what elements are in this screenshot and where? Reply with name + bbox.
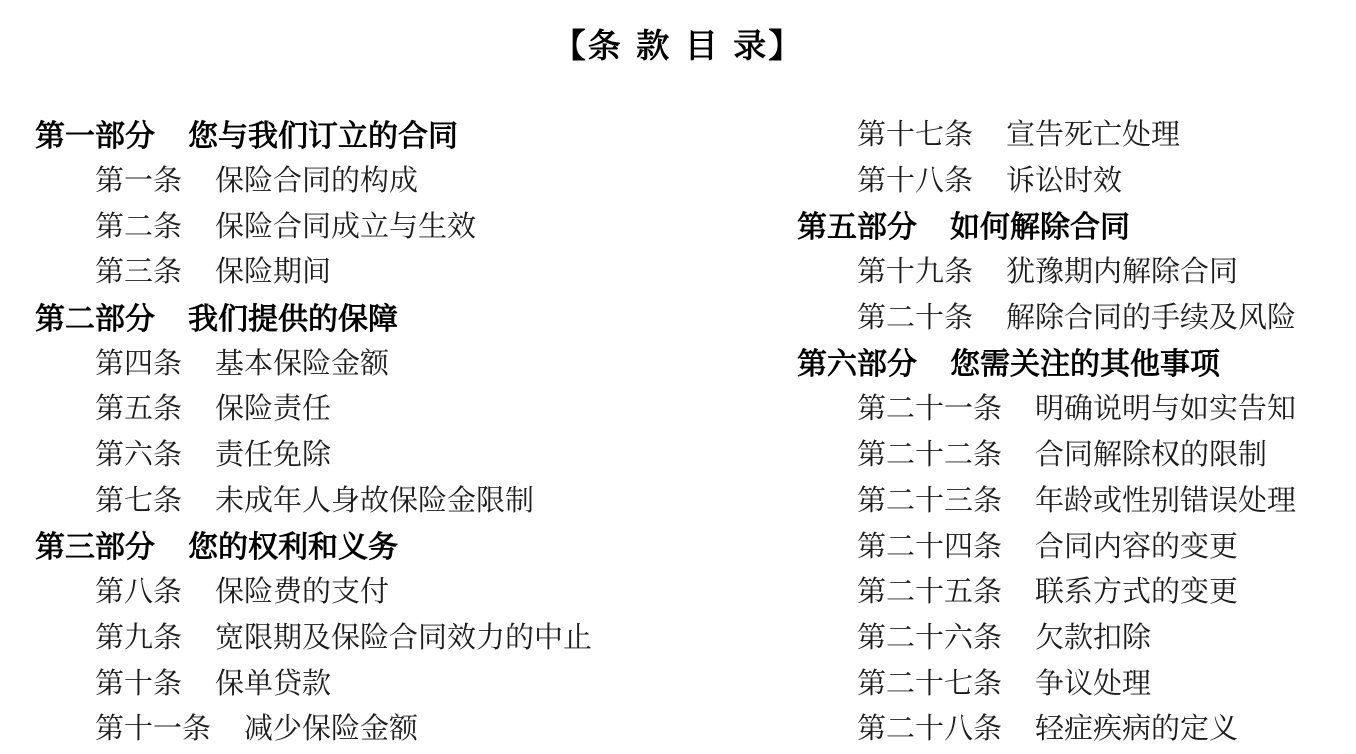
toc-entry-title: 欠款扣除: [1035, 615, 1151, 656]
toc-entry-number: 第八条: [95, 569, 182, 610]
toc-entry-number: 第五条: [95, 386, 182, 427]
toc-entry-title: 基本保险金额: [215, 341, 389, 382]
toc-part-heading: 第三部分 您的权利和义务: [35, 521, 735, 567]
toc-entry-title: 解除合同的手续及风险: [1006, 295, 1296, 336]
toc-item: 第五条 保险责任: [35, 384, 735, 430]
toc-item: 第二十一条 明确说明与如实告知: [797, 384, 1342, 430]
toc-entry-number: 第二十四条: [857, 524, 1002, 565]
toc-item: 第九条 宽限期及保险合同效力的中止: [35, 613, 735, 659]
toc-entry-title: 合同解除权的限制: [1035, 432, 1267, 473]
toc-entry-title: 保险责任: [215, 386, 331, 427]
toc-entry-title: 未成年人身故保险金限制: [215, 478, 534, 519]
toc-entry-title: 保险费的支付: [215, 569, 389, 610]
toc-item: 第二十条 解除合同的手续及风险: [797, 293, 1342, 339]
toc-item: 第十九条 犹豫期内解除合同: [797, 247, 1342, 293]
toc-entry-number: 第二十三条: [857, 478, 1002, 519]
toc-entry-title: 我们提供的保障: [188, 294, 398, 338]
toc-entry-number: 第三部分: [35, 522, 155, 566]
toc-entry-number: 第二十一条: [857, 386, 1002, 427]
toc-entry-title: 宽限期及保险合同效力的中止: [215, 615, 592, 656]
toc-entry-title: 保险合同成立与生效: [215, 204, 476, 245]
toc-item: 第二十六条 欠款扣除: [797, 613, 1342, 659]
toc-item: 第二条 保险合同成立与生效: [35, 201, 735, 247]
toc-item: 第二十七条 争议处理: [797, 658, 1342, 704]
toc-entry-title: 减少保险金额: [244, 706, 418, 747]
toc-entry-title: 合同内容的变更: [1035, 524, 1238, 565]
toc-item: 第七条 未成年人身故保险金限制: [35, 476, 735, 522]
toc-entry-number: 第二十条: [857, 295, 973, 336]
document-page: 【条 款 目 录】 第一部分 您与我们订立的合同 第一条 保险合同的构成 第二条…: [0, 0, 1356, 754]
page-title: 【条 款 目 录】: [0, 20, 1356, 67]
toc-entry-number: 第二十二条: [857, 432, 1002, 473]
toc-item: 第二十三条 年龄或性别错误处理: [797, 476, 1342, 522]
toc-entry-title: 犹豫期内解除合同: [1006, 249, 1238, 290]
toc-item: 第一条 保险合同的构成: [35, 156, 735, 202]
toc-entry-title: 年龄或性别错误处理: [1035, 478, 1296, 519]
toc-column-left: 第一部分 您与我们订立的合同 第一条 保险合同的构成 第二条 保险合同成立与生效…: [35, 110, 735, 750]
toc-column-right: 第十七条 宣告死亡处理 第十八条 诉讼时效 第五部分 如何解除合同 第十九条 犹…: [797, 110, 1342, 750]
toc-entry-number: 第二条: [95, 204, 182, 245]
toc-part-heading: 第二部分 我们提供的保障: [35, 293, 735, 339]
toc-entry-title: 宣告死亡处理: [1006, 112, 1180, 153]
toc-entry-number: 第三条: [95, 249, 182, 290]
toc-part-heading: 第一部分 您与我们订立的合同: [35, 110, 735, 156]
toc-part-heading: 第六部分 您需关注的其他事项: [797, 338, 1342, 384]
toc-entry-title: 如何解除合同: [950, 202, 1130, 246]
toc-entry-number: 第二十六条: [857, 615, 1002, 656]
toc-entry-number: 第四条: [95, 341, 182, 382]
toc-item: 第六条 责任免除: [35, 430, 735, 476]
toc-entry-title: 争议处理: [1035, 661, 1151, 702]
toc-entry-number: 第六条: [95, 432, 182, 473]
toc-entry-title: 您与我们订立的合同: [188, 111, 458, 155]
toc-entry-title: 您的权利和义务: [188, 522, 398, 566]
toc-entry-number: 第二部分: [35, 294, 155, 338]
toc-entry-number: 第六部分: [797, 339, 917, 383]
toc-item: 第二十八条 轻症疾病的定义: [797, 704, 1342, 750]
toc-item: 第三条 保险期间: [35, 247, 735, 293]
toc-entry-title: 责任免除: [215, 432, 331, 473]
toc-entry-title: 诉讼时效: [1006, 158, 1122, 199]
toc-entry-title: 保单贷款: [215, 661, 331, 702]
toc-entry-title: 轻症疾病的定义: [1035, 706, 1238, 747]
toc-entry-number: 第十七条: [857, 112, 973, 153]
toc-item: 第十条 保单贷款: [35, 658, 735, 704]
toc-entry-title: 您需关注的其他事项: [950, 339, 1220, 383]
toc-entry-number: 第十九条: [857, 249, 973, 290]
toc-item: 第四条 基本保险金额: [35, 338, 735, 384]
toc-item: 第十一条 减少保险金额: [35, 704, 735, 750]
toc-entry-number: 第五部分: [797, 202, 917, 246]
toc-entry-title: 明确说明与如实告知: [1035, 386, 1296, 427]
toc-entry-number: 第十八条: [857, 158, 973, 199]
toc-entry-title: 保险合同的构成: [215, 158, 418, 199]
toc-item: 第二十四条 合同内容的变更: [797, 521, 1342, 567]
toc-entry-number: 第二十五条: [857, 569, 1002, 610]
toc-item: 第八条 保险费的支付: [35, 567, 735, 613]
toc-entry-number: 第十一条: [95, 706, 211, 747]
toc-entry-number: 第一条: [95, 158, 182, 199]
toc-part-heading: 第五部分 如何解除合同: [797, 201, 1342, 247]
toc-entry-number: 第九条: [95, 615, 182, 656]
toc-item: 第二十二条 合同解除权的限制: [797, 430, 1342, 476]
toc-entry-number: 第二十八条: [857, 706, 1002, 747]
toc-item: 第十八条 诉讼时效: [797, 156, 1342, 202]
toc-item: 第十七条 宣告死亡处理: [797, 110, 1342, 156]
toc-item: 第二十五条 联系方式的变更: [797, 567, 1342, 613]
toc-entry-title: 联系方式的变更: [1035, 569, 1238, 610]
toc-entry-number: 第二十七条: [857, 661, 1002, 702]
toc-entry-number: 第一部分: [35, 111, 155, 155]
toc-entry-number: 第十条: [95, 661, 182, 702]
toc-entry-title: 保险期间: [215, 249, 331, 290]
toc-entry-number: 第七条: [95, 478, 182, 519]
